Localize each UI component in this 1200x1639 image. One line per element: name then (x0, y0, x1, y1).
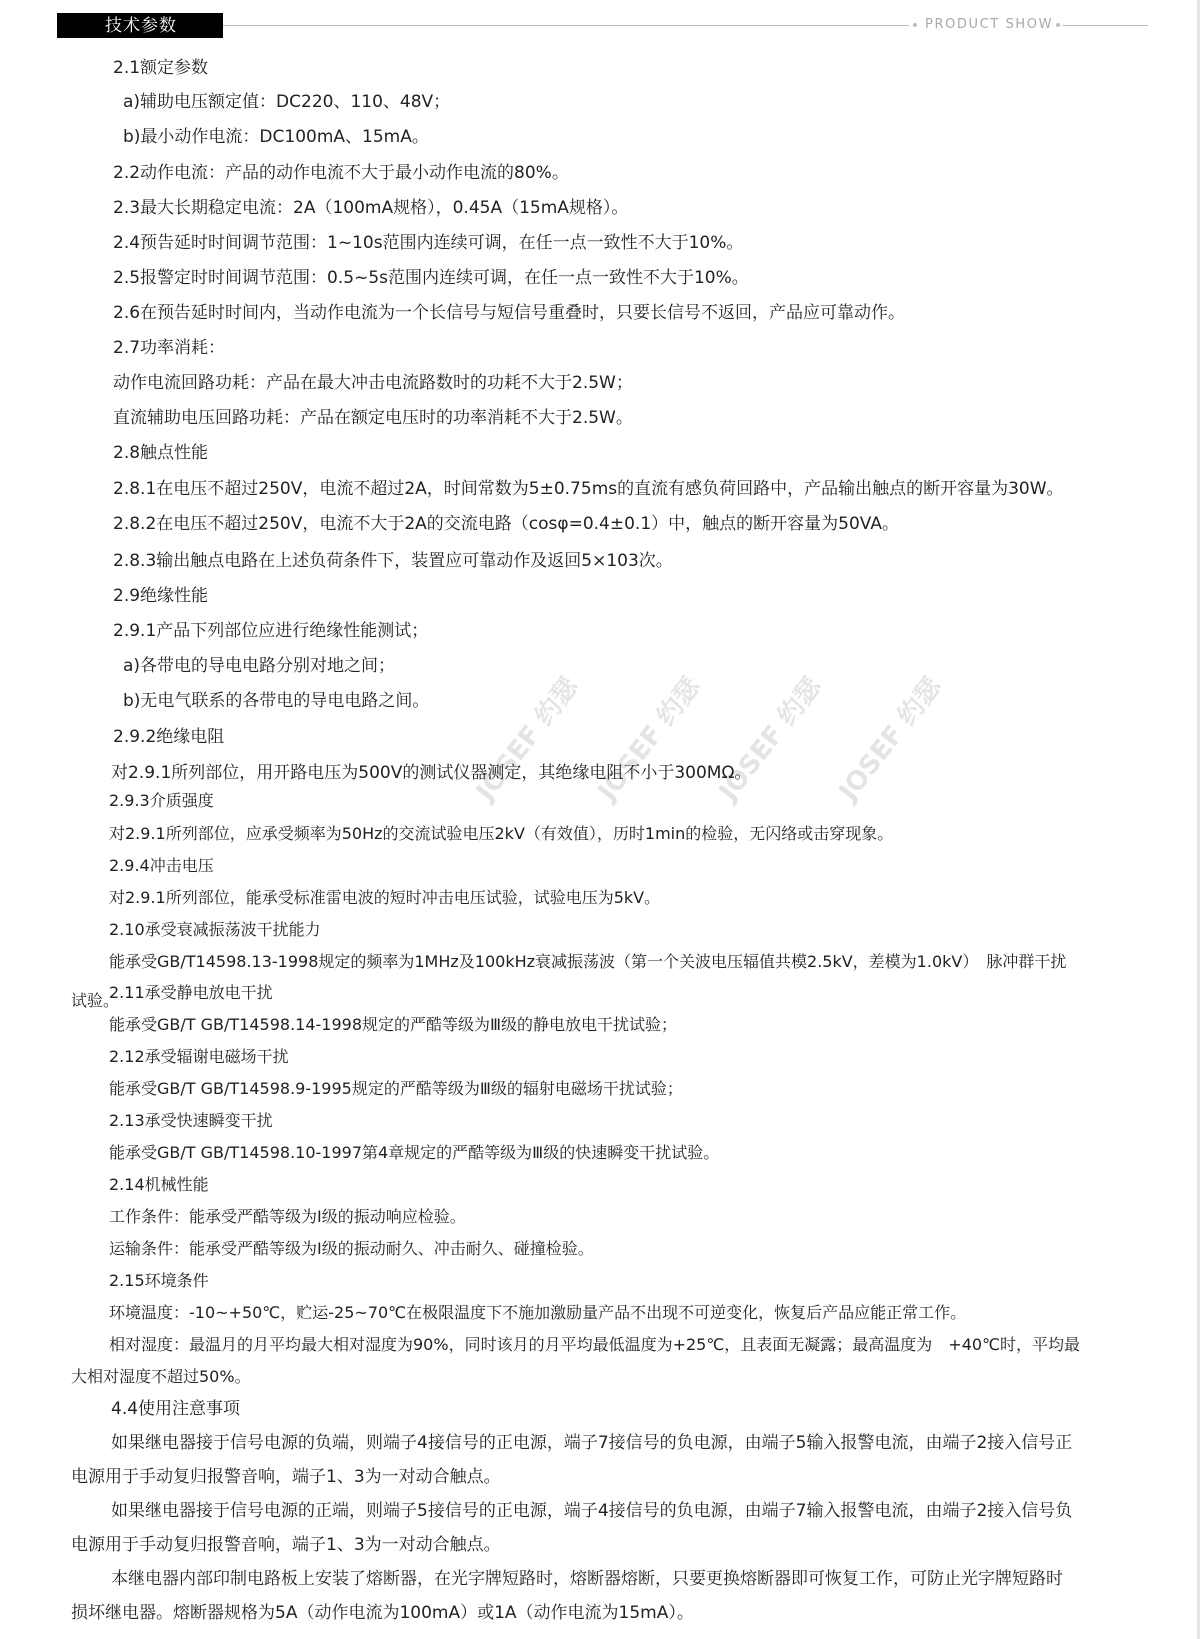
spec-line: 2.9绝缘性能 (113, 585, 208, 607)
spec-line: a)各带电的导电电路分别对地之间； (123, 655, 395, 677)
header-divider-left (223, 25, 909, 26)
spec-line: 能承受GB/T GB/T14598.9-1995规定的严酷等级为Ⅲ级的辐射电磁场… (109, 1078, 683, 1100)
spec-line: 大相对湿度不超过50%。 (71, 1366, 251, 1388)
spec-line: 2.12承受辐谢电磁场干扰 (109, 1046, 289, 1068)
spec-line: 工作条件：能承受严酷等级为Ⅰ级的振动响应检验。 (109, 1206, 466, 1228)
spec-line: 对2.9.1所列部位，能承受标准雷电波的短时冲击电压试验，试验电压为5kV。 (109, 887, 660, 909)
watermark: JOSEF 约瑟 (829, 668, 949, 807)
spec-line: 动作电流回路功耗：产品在最大冲击电流路数时的功耗不大于2.5W； (113, 372, 633, 394)
spec-line: 2.4预告延时时间调节范围：1~10s范围内连续可调，在任一点一致性不大于10%… (113, 232, 743, 254)
spec-line: b)无电气联系的各带电的导电电路之间。 (123, 690, 429, 712)
spec-line: 直流辅助电压回路功耗：产品在额定电压时的功率消耗不大于2.5W。 (113, 407, 633, 429)
spec-line: 如果继电器接于信号电源的正端，则端子5接信号的正电源，端子4接信号的负电源，由端… (111, 1500, 1072, 1522)
spec-line: 环境温度：-10~+50℃，贮运-25~70℃在极限温度下不施加激励量产品不出现… (109, 1302, 966, 1324)
spec-line: 2.13承受快速瞬变干扰 (109, 1110, 273, 1132)
spec-line: 2.9.2绝缘电阻 (113, 726, 224, 748)
spec-line: 2.10承受衰减振荡波干扰能力 (109, 919, 321, 941)
spec-line: 对2.9.1所列部位，用开路电压为500V的测试仪器测定，其绝缘电阻不小于300… (111, 762, 751, 784)
watermark: JOSEF 约瑟 (588, 668, 708, 807)
spec-line: 2.8.3输出触点电路在上述负荷条件下，装置应可靠动作及返回5×103次。 (113, 550, 673, 572)
spec-line: 对2.9.1所列部位，应承受频率为50Hz的交流试验电压2kV（有效值），历时1… (109, 823, 893, 845)
spec-line: 2.15环境条件 (109, 1270, 209, 1292)
spec-line: 2.8.1在电压不超过250V，电流不超过2A，时间常数为5±0.75ms的直流… (113, 478, 1064, 500)
header-divider-right (1062, 25, 1148, 26)
spec-line: 2.8触点性能 (113, 442, 208, 464)
spec-line: 2.8.2在电压不超过250V，电流不大于2A的交流电路（cosφ=0.4±0.… (113, 513, 899, 535)
spec-line: 4.4使用注意事项 (111, 1398, 240, 1420)
spec-line: 如果继电器接于信号电源的负端，则端子4接信号的正电源，端子7接信号的负电源，由端… (111, 1432, 1072, 1454)
spec-line: 2.11承受静电放电干扰 (109, 982, 273, 1004)
spec-line: 2.9.4冲击电压 (109, 855, 214, 877)
spec-line: 相对湿度：最温月的月平均最大相对湿度为90%，同时该月的月平均最低温度为+25℃… (109, 1334, 1080, 1356)
spec-line: 能承受GB/T GB/T14598.10-1997第4章规定的严酷等级为Ⅲ级的快… (109, 1142, 719, 1164)
spec-line: 2.7功率消耗： (113, 337, 225, 359)
spec-line: 2.9.1产品下列部位应进行绝缘性能测试； (113, 620, 428, 642)
spec-line: 2.6在预告延时时间内，当动作电流为一个长信号与短信号重叠时，只要长信号不返回，… (113, 302, 905, 324)
bullet-dot-icon (913, 23, 917, 27)
bullet-dot-icon (1056, 23, 1060, 27)
spec-line: 2.3最大长期稳定电流：2A（100mA规格），0.45A（15mA规格）。 (113, 197, 628, 219)
spec-line: b)最小动作电流：DC100mA、15mA。 (123, 126, 429, 148)
spec-line: a)辅助电压额定值：DC220、110、48V； (123, 91, 450, 113)
section-title: 技术参数 (105, 14, 177, 38)
spec-line: 能承受GB/T GB/T14598.14-1998规定的严酷等级为Ⅲ级的静电放电… (109, 1014, 677, 1036)
spec-line: 本继电器内部印制电路板上安装了熔断器，在光字牌短路时，熔断器熔断，只要更换熔断器… (111, 1568, 1063, 1590)
spec-line: 2.14机械性能 (109, 1174, 209, 1196)
spec-line: 损坏继电器。熔断器规格为5A（动作电流为100mA）或1A（动作电流为15mA）… (71, 1602, 694, 1624)
watermark: JOSEF 约瑟 (709, 668, 829, 807)
spec-line: 运输条件：能承受严酷等级为Ⅰ级的振动耐久、冲击耐久、碰撞检验。 (109, 1238, 594, 1260)
spec-line: 能承受GB/T14598.13-1998规定的频率为1MHz及100kHz衰减振… (109, 951, 1066, 973)
spec-line: 2.5报警定时时间调节范围：0.5~5s范围内连续可调，在任一点一致性不大于10… (113, 267, 749, 289)
spec-line: 电源用于手动复归报警音响，端子1、3为一对动合触点。 (71, 1534, 501, 1556)
spec-line: 2.1额定参数 (113, 57, 208, 79)
spec-line: 电源用于手动复归报警音响，端子1、3为一对动合触点。 (71, 1466, 501, 1488)
watermark: JOSEF 约瑟 (466, 668, 586, 807)
spec-line: 2.2动作电流：产品的动作电流不大于最小动作电流的80%。 (113, 162, 569, 184)
spec-line: 2.9.3介质强度 (109, 790, 214, 812)
section-subtitle: PRODUCT SHOW (925, 16, 1053, 34)
